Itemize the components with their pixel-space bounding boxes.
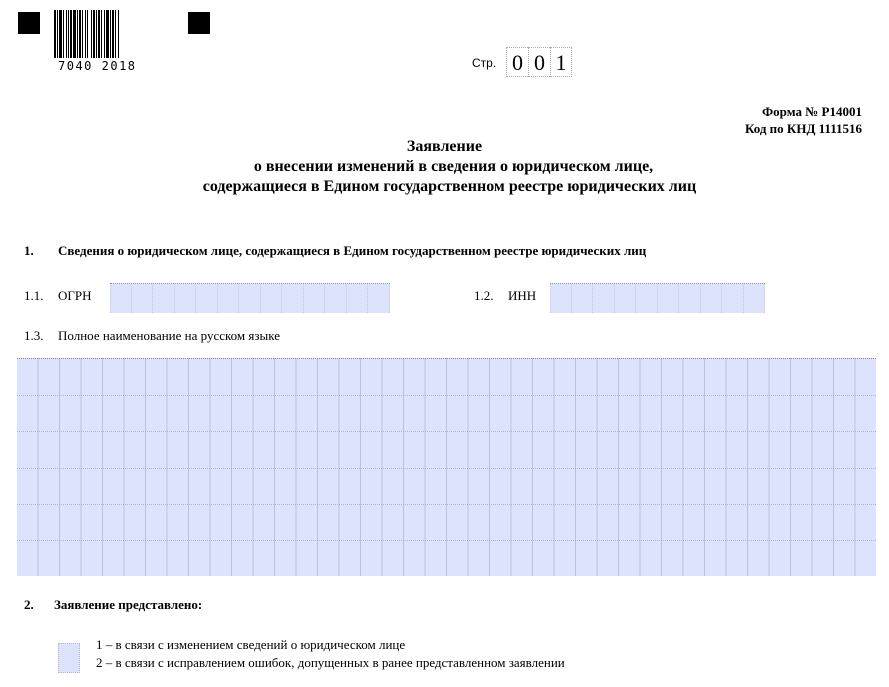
ogrn-number: 1.1. (24, 288, 44, 304)
title-line-3: содержащиеся в Едином государственном ре… (0, 177, 889, 197)
full-name-field[interactable] (17, 358, 876, 576)
corner-marker-left (18, 12, 40, 34)
input-cell[interactable] (282, 284, 304, 313)
input-cell[interactable] (261, 284, 283, 313)
row-separator (17, 395, 876, 396)
input-cell[interactable] (550, 284, 572, 313)
option-1-label: 1 – в связи с изменением сведений о юрид… (96, 637, 405, 653)
page-digit: 0 (506, 47, 528, 77)
input-cell[interactable] (572, 284, 594, 313)
input-cell[interactable] (110, 284, 132, 313)
page-digit: 0 (528, 47, 550, 77)
section-1-heading: Сведения о юридическом лице, содержащиес… (58, 243, 646, 259)
barcode-icon (52, 10, 172, 58)
section-2-heading: Заявление представлено: (54, 597, 202, 613)
row-separator (17, 431, 876, 432)
page-label: Стр. (472, 56, 496, 70)
barcode-number: 7040 2018 (58, 59, 137, 73)
submission-reason-checkbox[interactable] (58, 643, 80, 673)
section-1-number: 1. (24, 243, 34, 259)
input-cell[interactable] (304, 284, 326, 313)
input-cell[interactable] (239, 284, 261, 313)
ogrn-field[interactable] (110, 283, 390, 313)
input-cell[interactable] (175, 284, 197, 313)
input-cell[interactable] (701, 284, 723, 313)
input-cell[interactable] (218, 284, 240, 313)
page-number-field: 0 0 1 (506, 47, 572, 77)
input-cell[interactable] (658, 284, 680, 313)
input-cell[interactable] (153, 284, 175, 313)
document-title: Заявление о внесении изменений в сведени… (0, 137, 889, 197)
input-cell[interactable] (636, 284, 658, 313)
input-cell[interactable] (615, 284, 637, 313)
title-line-2: о внесении изменений в сведения о юридич… (0, 157, 889, 177)
input-cell[interactable] (744, 284, 766, 313)
row-separator (17, 540, 876, 541)
input-cell[interactable] (196, 284, 218, 313)
title-line-1: Заявление (0, 137, 889, 157)
input-cell[interactable] (347, 284, 369, 313)
knd-code: Код по КНД 1111516 (745, 121, 862, 137)
full-name-number: 1.3. (24, 328, 44, 344)
input-cell[interactable] (679, 284, 701, 313)
row-separator (17, 468, 876, 469)
ogrn-label: ОГРН (58, 288, 92, 304)
inn-label: ИНН (508, 288, 536, 304)
form-number: Форма № Р14001 (762, 104, 862, 120)
page-digit: 1 (550, 47, 572, 77)
corner-marker-right (188, 12, 210, 34)
input-cell[interactable] (325, 284, 347, 313)
inn-number: 1.2. (474, 288, 494, 304)
section-2-number: 2. (24, 597, 34, 613)
input-cell[interactable] (132, 284, 154, 313)
input-cell[interactable] (593, 284, 615, 313)
input-cell[interactable] (368, 284, 390, 313)
row-separator (17, 504, 876, 505)
option-2-label: 2 – в связи с исправлением ошибок, допущ… (96, 655, 565, 671)
inn-field[interactable] (550, 283, 765, 313)
full-name-label: Полное наименование на русском языке (58, 328, 280, 344)
input-cell[interactable] (722, 284, 744, 313)
